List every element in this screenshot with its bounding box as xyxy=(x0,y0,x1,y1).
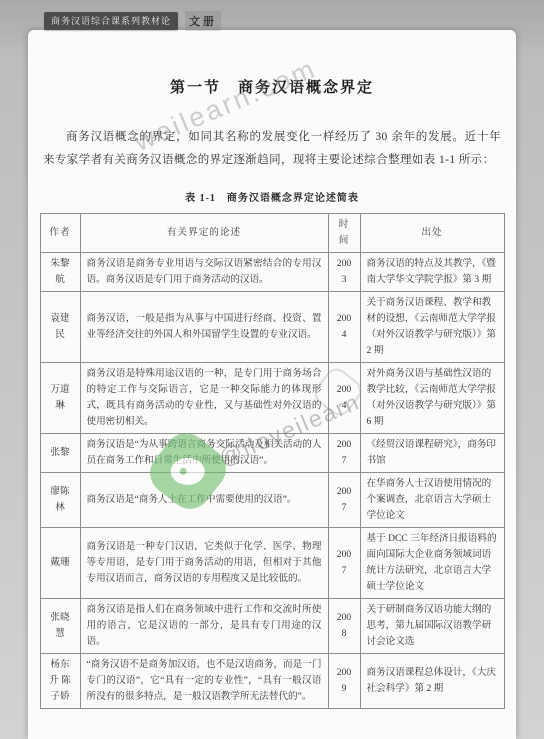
intro-paragraph: 商务汉语概念的界定，如同其名称的发展变化一样经历了 30 余年的发展。近十年来专… xyxy=(43,126,501,172)
year-cell: 2008 xyxy=(328,599,360,654)
definitions-table: 作者 有关界定的论述 时间 出处 朱黎航 商务汉语是商务专业用语与交际汉语紧密结… xyxy=(40,213,505,709)
author-cell: 万道琳 xyxy=(40,363,80,434)
statement-cell: 商务汉语是商务专业用语与交际汉语紧密结合的专用汉语。商务汉语是专门用于商务活动的… xyxy=(80,253,328,292)
source-cell: 基于 DCC 三年经济日报语料的面向国际大企业商务领域词语统计方法研究，北京语言… xyxy=(360,528,504,599)
document-page: 第一节 商务汉语概念界定 商务汉语概念的界定，如同其名称的发展变化一样经历了 3… xyxy=(28,30,516,739)
source-cell: 商务汉语课程总体设计，《大庆社会科学》第 2 期 xyxy=(360,654,504,709)
author-cell: 戴珊 xyxy=(40,528,80,599)
col-header-author: 作者 xyxy=(40,214,80,253)
source-cell: 在华商务人士汉语使用情况的个案调查，北京语言大学硕士学位论文 xyxy=(360,473,504,528)
author-cell: 袁建民 xyxy=(40,292,80,363)
year-cell: 2004 xyxy=(328,292,360,363)
source-cell: 关于研制商务汉语功能大纲的思考，第九届国际汉语教学研讨会论文选 xyxy=(360,599,504,654)
source-cell: 对外商务汉语与基础性汉语的教学比较，《云南师范大学学报（对外汉语教学与研究版）》… xyxy=(360,363,504,434)
statement-cell: 商务汉语是一种专门汉语，它类似于化学、医学、物理等专用语，是专门用于商务活动的用… xyxy=(80,528,328,599)
year-cell: 2007 xyxy=(328,473,360,528)
author-cell: 张晓慧 xyxy=(40,599,80,654)
col-header-source: 出处 xyxy=(360,214,504,253)
table-caption: 表 1-1 商务汉语概念界定论述简表 xyxy=(28,189,516,204)
scanned-document-screenshot: { "header": { "series_badge": "商务汉语综合课系列… xyxy=(0,0,544,739)
year-cell: 2003 xyxy=(328,253,360,292)
year-cell: 2007 xyxy=(328,528,360,599)
col-header-year: 时间 xyxy=(328,214,360,253)
col-header-statement: 有关界定的论述 xyxy=(80,214,328,253)
year-cell: 2007 xyxy=(328,434,360,473)
source-cell: 关于商务汉语课程、教学和教材的设想，《云南师范大学学报（对外汉语教学与研究版）》… xyxy=(360,292,504,363)
author-cell: 张黎 xyxy=(40,434,80,473)
statement-cell: 商务汉语，一般是指为从事与中国进行经商、投资、置业等经济交往的外国人和外国留学生… xyxy=(80,292,328,363)
author-cell: 朱黎航 xyxy=(40,253,80,292)
table-row: 袁建民 商务汉语，一般是指为从事与中国进行经商、投资、置业等经济交往的外国人和外… xyxy=(40,292,504,363)
statement-cell: 商务汉语是指人们在商务领域中进行工作和交流时所使用的语言，它是汉语的一部分，是具… xyxy=(80,599,328,654)
source-cell: 商务汉语的特点及其教学，《暨南大学华文学院学报》第 3 期 xyxy=(360,253,504,292)
series-badge: 商务汉语综合课系列教材论 xyxy=(44,12,178,30)
table-row: 万道琳 商务汉语是特殊用途汉语的一种，是专门用于商务场合的特定工作与交际语言，它… xyxy=(40,363,504,434)
table-row: 廖陈林 商务汉语是“商务人士在工作中需要使用的汉语”。 2007 在华商务人士汉… xyxy=(40,473,504,528)
statement-cell: 商务汉语是特殊用途汉语的一种，是专门用于商务场合的特定工作与交际语言，它是一种交… xyxy=(80,363,328,434)
table-row: 戴珊 商务汉语是一种专门汉语，它类似于化学、医学、物理等专用语，是专门用于商务活… xyxy=(40,528,504,599)
author-cell: 杨东升 陈子娇 xyxy=(40,654,80,709)
table-row: 张晓慧 商务汉语是指人们在商务领域中进行工作和交流时所使用的语言，它是汉语的一部… xyxy=(40,599,504,654)
table-row: 朱黎航 商务汉语是商务专业用语与交际汉语紧密结合的专用汉语。商务汉语是专门用于商… xyxy=(40,253,504,292)
table-row: 张黎 商务汉语是“为从事跨语言商务交际活动及相关活动的人员在商务工作和日常生活中… xyxy=(40,434,504,473)
section-title: 第一节 商务汉语概念界定 xyxy=(28,76,516,97)
table-header-row: 作者 有关界定的论述 时间 出处 xyxy=(40,214,504,253)
statement-cell: “商务汉语不是商务加汉语，也不是汉语商务，而是一门专门的汉语”，它“具有一定的专… xyxy=(80,654,328,709)
year-cell: 2009 xyxy=(328,654,360,709)
author-cell: 廖陈林 xyxy=(40,473,80,528)
source-cell: 《经贸汉语课程研究》，商务印书馆 xyxy=(360,434,504,473)
statement-cell: 商务汉语是“商务人士在工作中需要使用的汉语”。 xyxy=(80,473,328,528)
series-header: 商务汉语综合课系列教材论 文册 xyxy=(44,11,221,31)
table-row: 杨东升 陈子娇 “商务汉语不是商务加汉语，也不是汉语商务，而是一门专门的汉语”，… xyxy=(40,654,504,709)
year-cell: 2004 xyxy=(328,363,360,434)
series-badge-suffix: 文册 xyxy=(185,11,221,31)
statement-cell: 商务汉语是“为从事跨语言商务交际活动及相关活动的人员在商务工作和日常生活中所使用… xyxy=(80,434,328,473)
